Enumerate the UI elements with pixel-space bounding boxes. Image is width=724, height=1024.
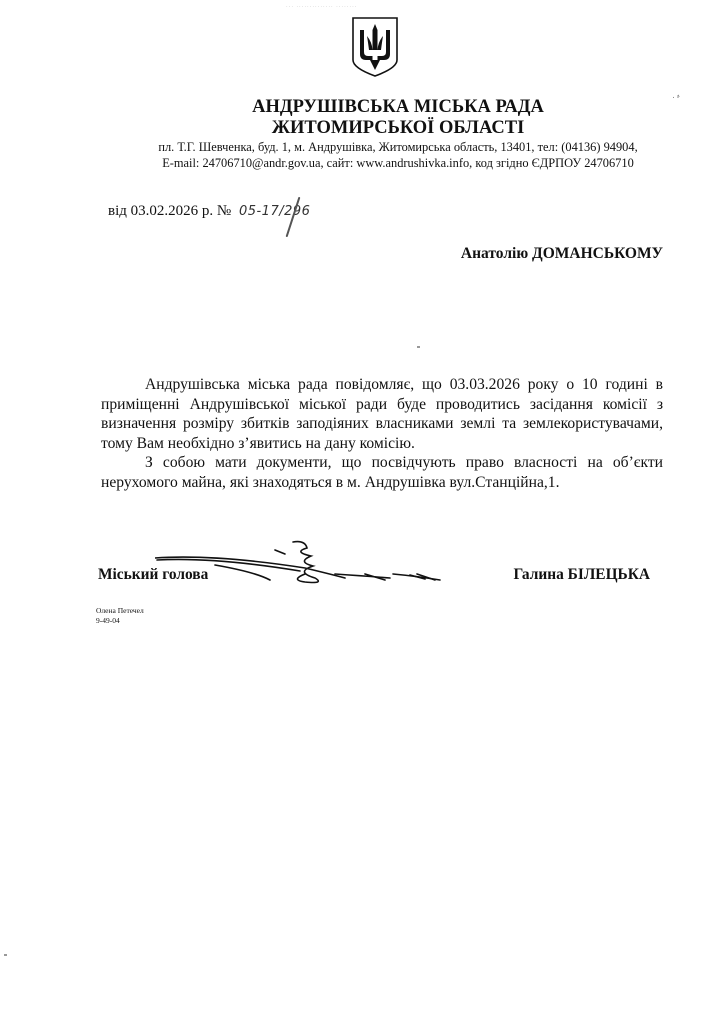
executor-info: Олена Петечел 9-49-04 — [96, 606, 144, 626]
organization-address: пл. Т.Г. Шевченка, буд. 1, м. Андрушівка… — [72, 139, 724, 155]
addressee: Анатолію ДОМАНСЬКОМУ — [461, 245, 663, 263]
body-paragraph: Андрушівська міська рада повідомляє, що … — [101, 375, 663, 453]
signatory-title: Міський голова — [98, 566, 208, 584]
body-paragraph: З собою мати документи, що посвідчують п… — [101, 453, 663, 492]
letter-page: ··· ·············· ········ АНДРУШІВСЬКА… — [0, 0, 724, 1024]
scan-corner-mark: · ⸗ — [671, 91, 681, 102]
reference-line: від 03.02.2026 р. № 05-17/296 — [108, 203, 310, 220]
letter-body: Андрушівська міська рада повідомляє, що … — [101, 375, 663, 492]
letterhead: АНДРУШІВСЬКА МІСЬКА РАДА ЖИТОМИРСЬКОЇ ОБ… — [0, 97, 724, 171]
scan-speck — [4, 954, 7, 956]
signatory-name: Галина БІЛЕЦЬКА — [513, 566, 650, 584]
organization-region: ЖИТОМИРСЬКОЇ ОБЛАСТІ — [72, 118, 724, 139]
organization-contacts: E-mail: 24706710@andr.gov.ua, сайт: www.… — [72, 155, 724, 171]
reference-handwritten-number: 05-17/296 — [239, 204, 310, 219]
coat-of-arms-trident-icon — [350, 16, 400, 78]
scan-speck — [417, 346, 420, 348]
reference-prefix: від 03.02.2026 р. № — [108, 203, 231, 219]
executor-name: Олена Петечел — [96, 606, 144, 616]
organization-name: АНДРУШІВСЬКА МІСЬКА РАДА — [72, 97, 724, 118]
executor-phone: 9-49-04 — [96, 616, 144, 626]
scan-artifact-text: ··· ·············· ········ — [286, 4, 357, 10]
